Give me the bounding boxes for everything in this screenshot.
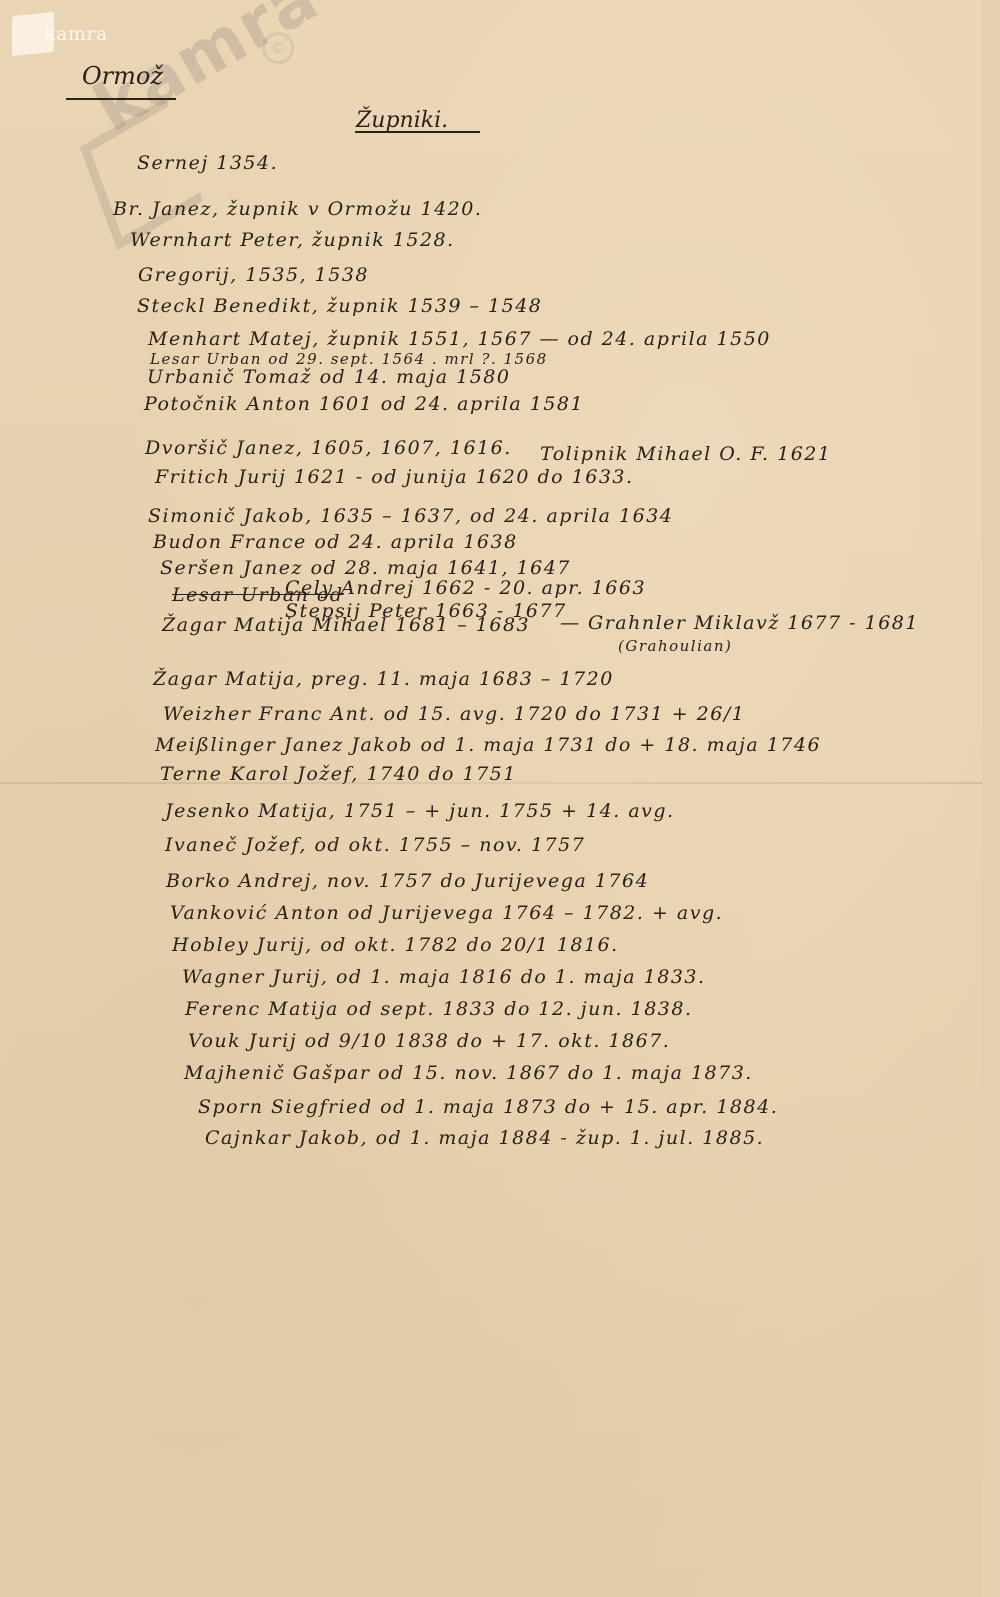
- list-item: Urbanič Tomaž od 14. maja 1580: [147, 366, 510, 388]
- list-item: Gregorij, 1535, 1538: [138, 264, 369, 286]
- list-item: Majhenič Gašpar od 15. nov. 1867 do 1. m…: [184, 1062, 753, 1084]
- list-item: Fritich Jurij 1621 - od junija 1620 do 1…: [155, 466, 634, 488]
- place-title: Ormož: [82, 62, 163, 90]
- list-item: Terne Karol Jožef, 1740 do 1751: [160, 763, 517, 785]
- list-item: Steckl Benedikt, župnik 1539 – 1548: [137, 295, 542, 317]
- list-item: Simonič Jakob, 1635 – 1637, od 24. april…: [148, 505, 673, 527]
- list-item: Ivaneč Jožef, od okt. 1755 – nov. 1757: [165, 834, 585, 856]
- list-item: Hobley Jurij, od okt. 1782 do 20/1 1816.: [172, 934, 619, 956]
- list-item: Meißlinger Janez Jakob od 1. maja 1731 d…: [155, 734, 821, 756]
- list-item: Dvoršič Janez, 1605, 1607, 1616.: [145, 437, 512, 459]
- list-item: Borko Andrej, nov. 1757 do Jurijevega 17…: [166, 870, 649, 892]
- list-item: Vouk Jurij od 9/10 1838 do + 17. okt. 18…: [188, 1030, 670, 1052]
- list-item: Cely Andrej 1662 - 20. apr. 1663: [285, 577, 646, 599]
- list-item: (Grahoulian): [618, 637, 732, 655]
- page-heading: Župniki.: [356, 108, 448, 133]
- list-item: Budon France od 24. aprila 1638: [153, 531, 518, 553]
- list-item: Weizher Franc Ant. od 15. avg. 1720 do 1…: [163, 703, 745, 725]
- list-item: — Grahnler Miklavž 1677 - 1681: [560, 612, 919, 634]
- list-item: Ferenc Matija od sept. 1833 do 12. jun. …: [185, 998, 693, 1020]
- list-item: Cajnkar Jakob, od 1. maja 1884 - žup. 1.…: [205, 1127, 764, 1149]
- list-item: Seršen Janez od 28. maja 1641, 1647: [160, 557, 571, 579]
- kamra-corner-logo: kamra: [12, 14, 108, 54]
- list-item: Jesenko Matija, 1751 – + jun. 1755 + 14.…: [165, 800, 675, 822]
- place-title-underline: [66, 98, 176, 100]
- list-item: Wagner Jurij, od 1. maja 1816 do 1. maja…: [182, 966, 706, 988]
- kamra-logo-icon: [12, 12, 54, 56]
- list-item: Vanković Anton od Jurijevega 1764 – 1782…: [170, 902, 723, 924]
- list-item: Wernhart Peter, župnik 1528.: [130, 229, 455, 251]
- list-item: Sernej 1354.: [137, 152, 278, 174]
- list-item: Br. Janez, župnik v Ormožu 1420.: [113, 198, 482, 220]
- list-item: Menhart Matej, župnik 1551, 1567 — od 24…: [148, 328, 771, 350]
- list-item: Žagar Matija, preg. 11. maja 1683 – 1720: [153, 668, 614, 690]
- page-heading-underline: [355, 131, 480, 133]
- list-item: Žagar Matija Mihael 1681 – 1683: [162, 614, 530, 636]
- list-item: Tolipnik Mihael O. F. 1621: [540, 443, 831, 465]
- list-item: Sporn Siegfried od 1. maja 1873 do + 15.…: [198, 1096, 778, 1118]
- list-item: Potočnik Anton 1601 od 24. aprila 1581: [144, 393, 584, 415]
